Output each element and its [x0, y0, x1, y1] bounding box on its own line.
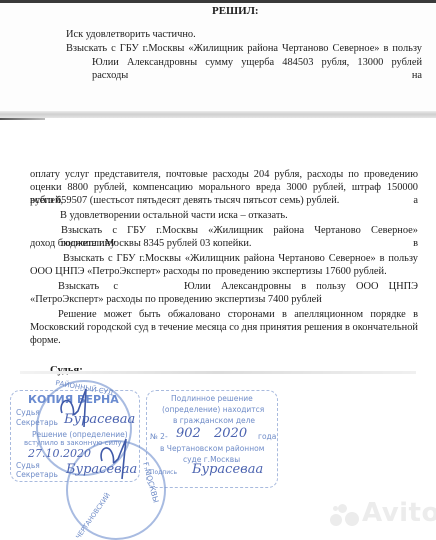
case-year-suffix: года	[258, 432, 276, 441]
original-stamp-text: в Чертановском районном	[160, 444, 264, 453]
text-line: оплату услуг представителя, почтовые рас…	[30, 168, 418, 181]
text-line: ООО ЦНПЭ «ПетроЭксперт» расходы по прове…	[30, 265, 387, 278]
page-gap	[0, 111, 436, 118]
text-line: Иск удовлетворить частично.	[66, 28, 196, 41]
copy-stamp-judge-label: Судья	[16, 408, 40, 417]
avito-logo-icon	[330, 504, 364, 528]
document-fragment-top: РЕШИЛ: Иск удовлетворить частично. Взыск…	[0, 3, 436, 111]
paper-tear	[0, 118, 45, 120]
original-stamp-text: Подлинное решение	[171, 394, 253, 403]
text-line: доход бюджета г.Москвы 8345 рублей 03 ко…	[30, 237, 252, 250]
text-line: Юлии Александровны сумму ущерба 484503 р…	[92, 56, 422, 82]
original-stamp-text: (определение) находится	[162, 405, 264, 414]
case-number: 902	[176, 426, 201, 441]
copy-stamp-judge-label: Судья	[16, 461, 40, 470]
text-line: Взыскать с	[58, 280, 118, 293]
text-line: Взыскать с ГБУ г.Москвы «Жилищник района…	[66, 42, 422, 55]
original-stamp-text: в гражданском деле	[173, 416, 255, 425]
judge-signature-icon	[50, 383, 140, 483]
case-year: 2020	[214, 426, 247, 441]
fold-line	[20, 371, 416, 374]
text-line: Московский городской суд в течение месяц…	[30, 321, 418, 334]
text-line: Решение может быть обжаловано сторонами …	[58, 308, 418, 321]
avito-watermark: Avito	[362, 498, 436, 528]
decision-heading: РЕШИЛ:	[212, 5, 259, 18]
original-sign-label: Подпись	[150, 469, 177, 476]
text-line: «ПетроЭксперт» расходы по проведению экс…	[30, 293, 322, 306]
text-line: Юлии Александровны в пользу ООО ЦНПЭ	[184, 280, 418, 293]
text-line: В удовлетворении остальной части иска – …	[60, 209, 288, 222]
case-prefix: № 2-	[150, 432, 168, 441]
text-line: форме.	[30, 334, 61, 347]
text-line: Взыскать с ГБУ г.Москвы «Жилищник района…	[63, 252, 418, 265]
original-signature: Бурасеваа	[192, 462, 263, 477]
text-line: всего 659507 (шестьсот пятьдесят девять …	[30, 194, 339, 207]
